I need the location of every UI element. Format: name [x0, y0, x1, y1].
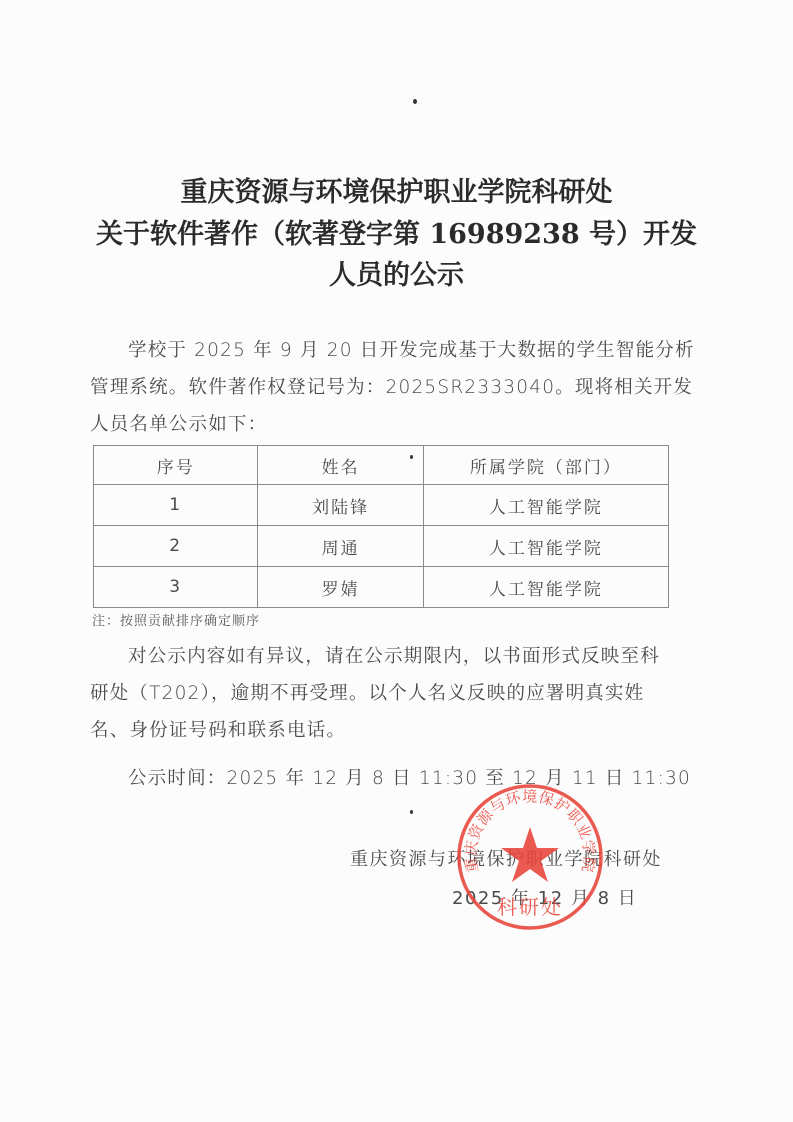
document-title-line-1: 重庆资源与环境保护职业学院科研处 — [0, 170, 793, 209]
table-row: 3 罗婧 人工智能学院 — [94, 567, 669, 608]
intro-line-3: 人员名单公示如下： — [90, 406, 710, 443]
cell-index: 3 — [94, 567, 258, 608]
table-row: 1 刘陆锋 人工智能学院 — [94, 485, 669, 526]
intro-line-1: 学校于 2025 年 9 月 20 日开发完成基于大数据的学生智能分析 — [90, 332, 710, 369]
scan-speck — [413, 99, 417, 104]
intro-paragraph: 学校于 2025 年 9 月 20 日开发完成基于大数据的学生智能分析 管理系统… — [90, 332, 710, 443]
cell-name: 周通 — [258, 526, 423, 567]
announcement-period: 公示时间：2025 年 12 月 8 日 11:30 至 12 月 11 日 1… — [90, 760, 710, 797]
signature-date: 2025 年 12 月 8 日 — [452, 884, 637, 910]
document-title-line-2: 关于软件著作（软著登字第 16989238 号）开发 — [0, 212, 793, 251]
table-row: 2 周通 人工智能学院 — [94, 526, 669, 567]
cell-name: 刘陆锋 — [258, 485, 423, 526]
intro-line-2: 管理系统。软件著作权登记号为：2025SR2333040。现将相关开发 — [90, 369, 710, 406]
scan-speck — [410, 810, 413, 814]
header-name: 姓名 — [258, 446, 423, 485]
cell-index: 1 — [94, 485, 258, 526]
objection-line-1: 对公示内容如有异议，请在公示期限内，以书面形式反映至科 — [90, 638, 710, 675]
cell-index: 2 — [94, 526, 258, 567]
table-note: 注：按照贡献排序确定顺序 — [92, 610, 260, 629]
objection-paragraph: 对公示内容如有异议，请在公示期限内，以书面形式反映至科 研处（T202），逾期不… — [90, 638, 710, 749]
header-college: 所属学院（部门） — [423, 446, 668, 485]
signature-organization: 重庆资源与环境保护职业学院科研处 — [350, 845, 662, 871]
cell-college: 人工智能学院 — [423, 526, 668, 567]
cell-college: 人工智能学院 — [423, 567, 668, 608]
objection-line-2: 研处（T202），逾期不再受理。以个人名义反映的应署明真实姓 — [90, 675, 710, 712]
developer-table: 序号 姓名 所属学院（部门） 1 刘陆锋 人工智能学院 2 周通 人工智能学院 … — [93, 445, 669, 608]
cell-college: 人工智能学院 — [423, 485, 668, 526]
objection-line-3: 名、身份证号码和联系电话。 — [90, 712, 710, 749]
table-header-row: 序号 姓名 所属学院（部门） — [94, 446, 669, 485]
document-title-line-3: 人员的公示 — [0, 253, 793, 292]
header-index: 序号 — [94, 446, 258, 485]
cell-name: 罗婧 — [258, 567, 423, 608]
